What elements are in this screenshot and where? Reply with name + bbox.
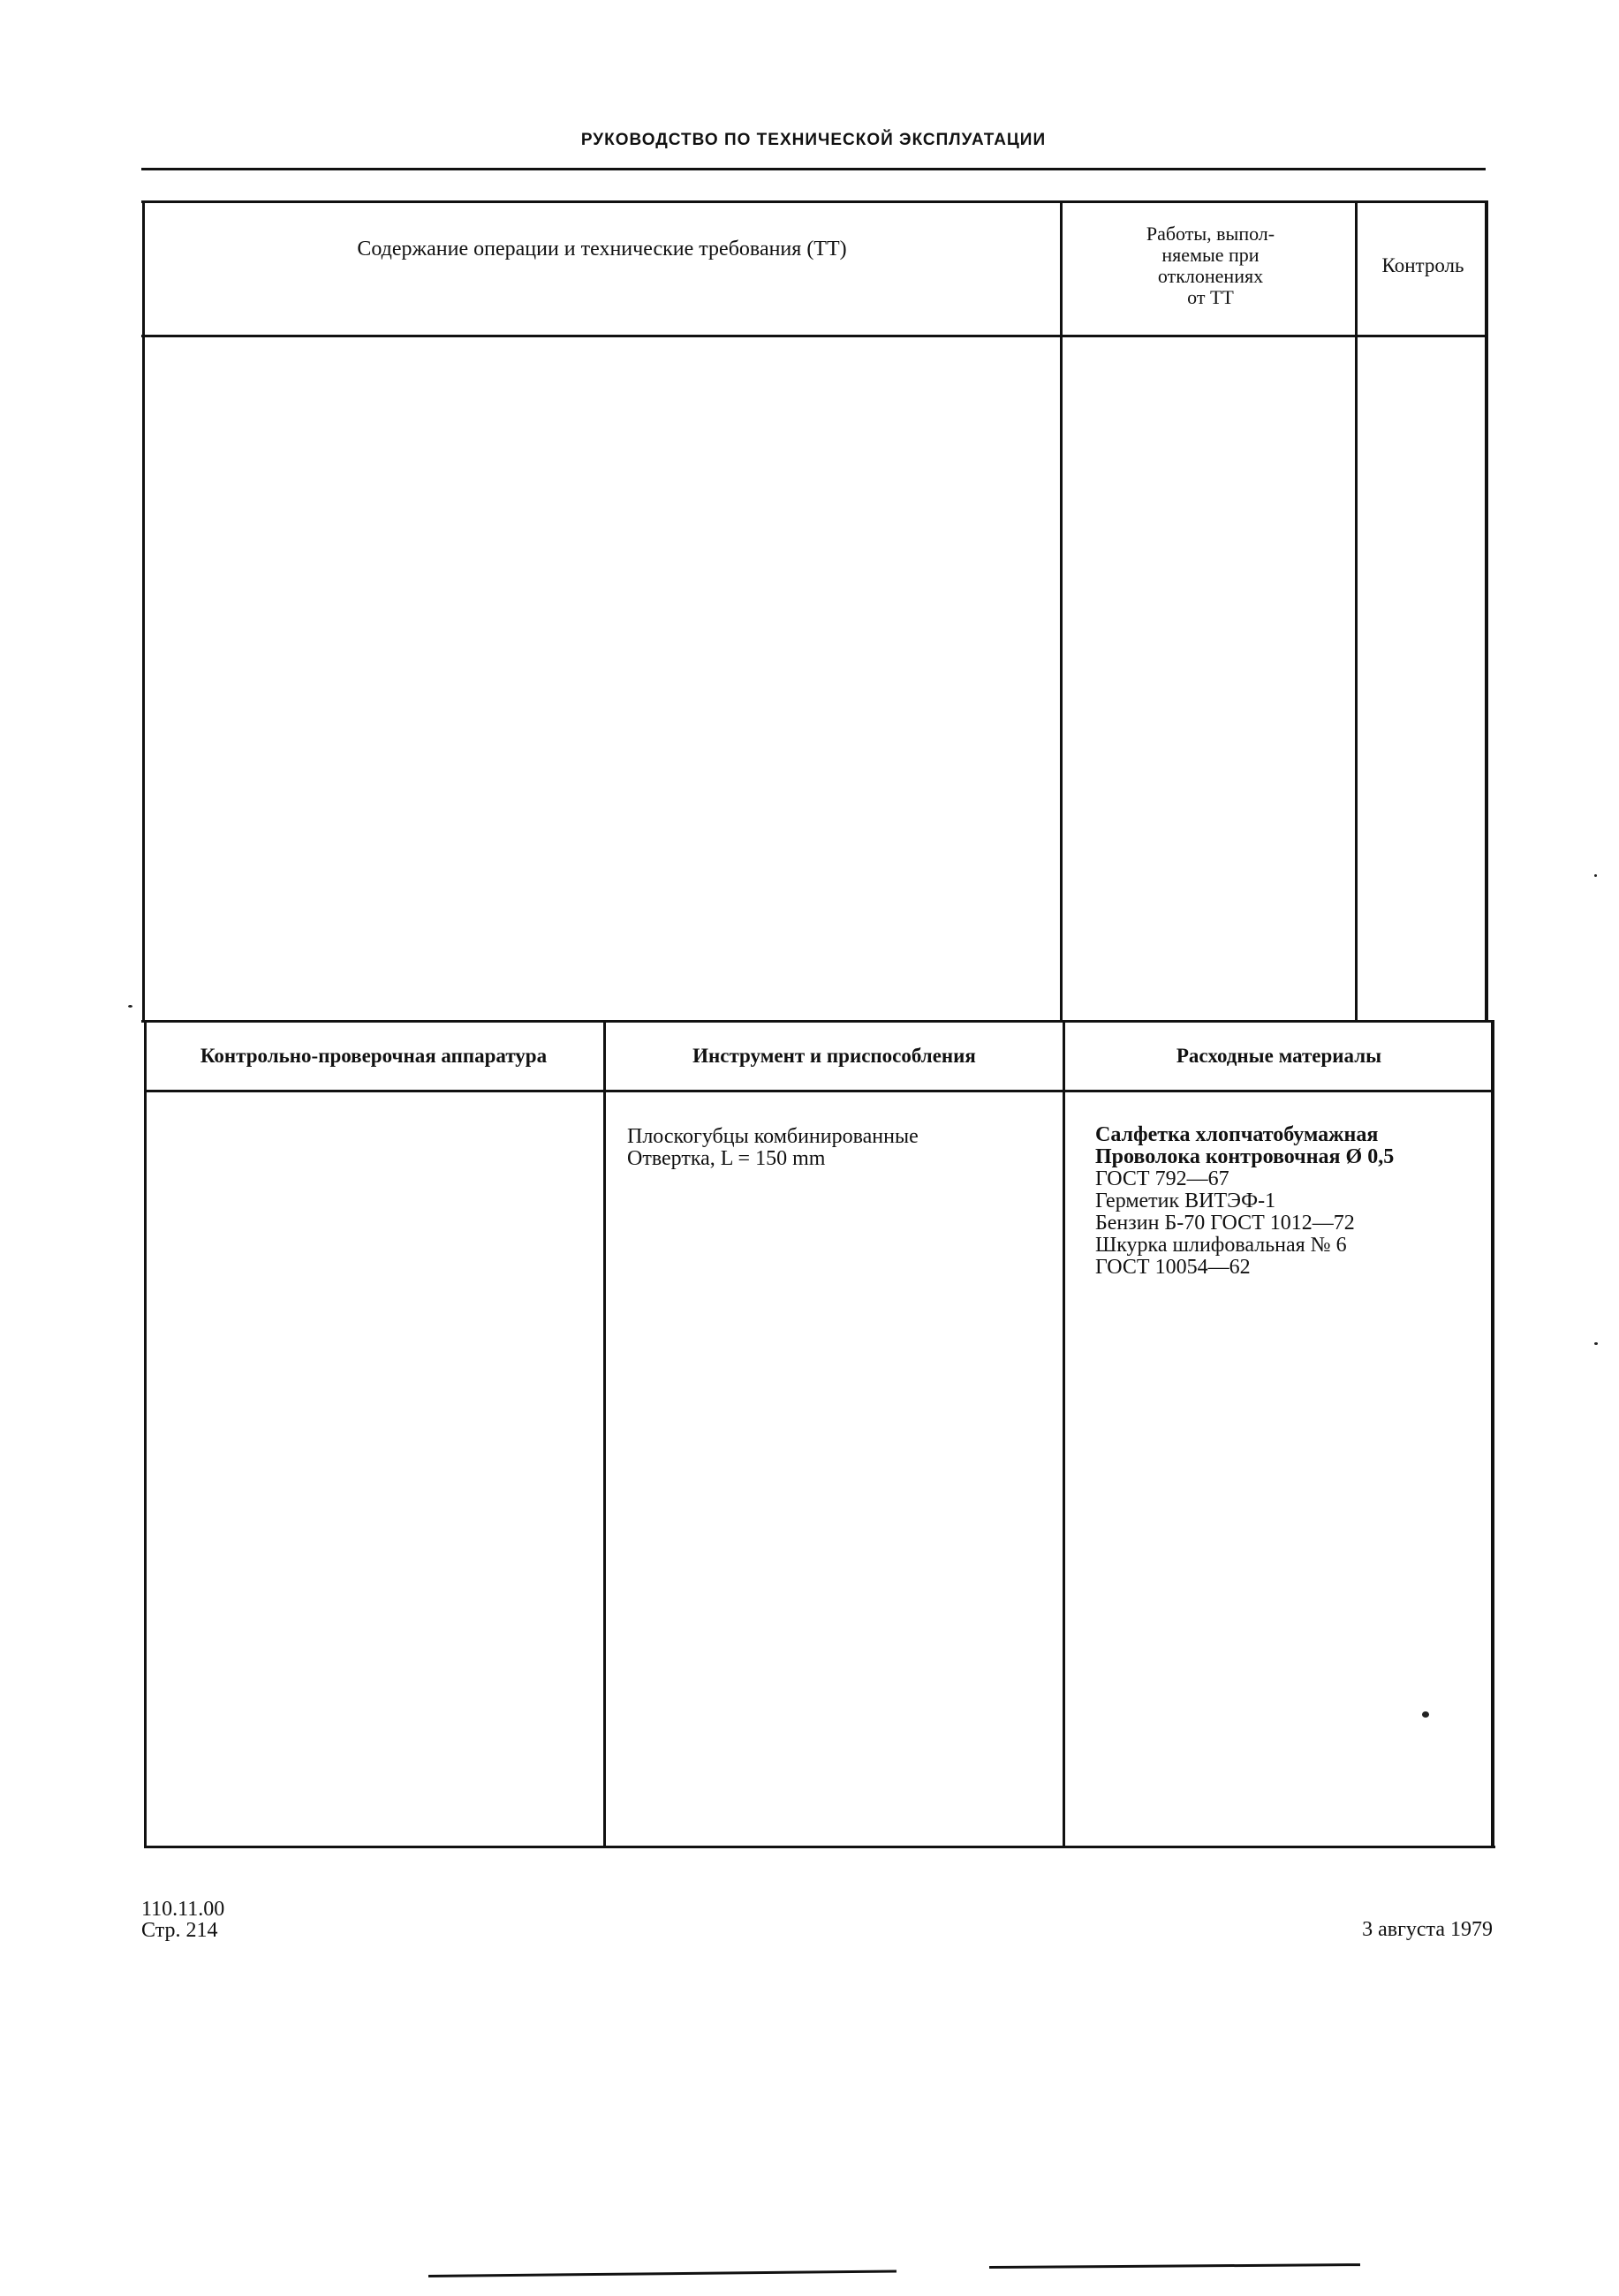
upper-table-bottom-border: [141, 1020, 1493, 1023]
consumable-item: Шкурка шлифовальная № 6: [1095, 1235, 1394, 1257]
header-tools: Инструмент и приспособления: [606, 1045, 1063, 1067]
header-consumables: Расходные материалы: [1065, 1045, 1493, 1067]
tool-item: Плоскогубцы комбинированные: [627, 1126, 919, 1148]
lower-table-col-divider-1: [603, 1020, 606, 1848]
footer-date: 3 августа 1979: [1362, 1918, 1493, 1942]
lower-table-right-border: [1491, 1020, 1494, 1848]
tool-item: Отвертка, L = 150 mm: [627, 1148, 919, 1170]
header-work-line-4: от ТТ: [1063, 287, 1358, 308]
lower-table-col-divider-2: [1063, 1020, 1065, 1848]
consumable-item: ГОСТ 10054—62: [1095, 1257, 1394, 1279]
header-work-line-2: няемые при: [1063, 245, 1358, 266]
header-rule: [141, 168, 1486, 170]
lower-table-bottom-border: [144, 1846, 1495, 1848]
scan-speck: [1594, 1342, 1598, 1345]
upper-table-top-border: [141, 200, 1488, 203]
footer-doc-code: 110.11.00: [141, 1899, 224, 1920]
scan-edge-line: [428, 2270, 897, 2277]
upper-table-header-divider: [141, 335, 1488, 337]
lower-table-header-divider: [144, 1090, 1493, 1092]
consumable-item: Салфетка хлопчатобумажная: [1095, 1124, 1394, 1146]
upper-table-left-border: [142, 200, 145, 1023]
scan-speck: [128, 1005, 132, 1008]
consumable-item: Бензин Б-70 ГОСТ 1012—72: [1095, 1212, 1394, 1235]
footer-doc-info: 110.11.00 Стр. 214: [141, 1899, 224, 1941]
consumables-list: Салфетка хлопчатобумажная Проволока конт…: [1095, 1124, 1394, 1279]
header-work-line-3: отклонениях: [1063, 266, 1358, 287]
consumable-item: Проволока контровочная Ø 0,5: [1095, 1146, 1394, 1168]
scan-speck: [1594, 874, 1597, 877]
upper-table-col-divider-2: [1355, 200, 1358, 1023]
footer-page-number: Стр. 214: [141, 1920, 224, 1941]
consumable-item: ГОСТ 792—67: [1095, 1168, 1394, 1190]
header-control: Контроль: [1358, 254, 1487, 276]
upper-table-right-border: [1485, 200, 1488, 1023]
upper-table-col-divider-1: [1060, 200, 1063, 1023]
header-work-on-deviation: Работы, выпол- няемые при отклонениях от…: [1063, 223, 1358, 308]
tools-list: Плоскогубцы комбинированные Отвертка, L …: [627, 1126, 919, 1170]
consumable-item: Герметик ВИТЭФ-1: [1095, 1190, 1394, 1212]
scan-edge-line: [989, 2263, 1360, 2269]
header-operation-content: Содержание операции и технические требов…: [144, 238, 1060, 261]
lower-table-left-border: [144, 1020, 147, 1848]
header-test-equipment: Контрольно-проверочная аппаратура: [144, 1045, 603, 1067]
header-work-line-1: Работы, выпол-: [1063, 223, 1358, 245]
scan-speck: [1422, 1711, 1429, 1718]
running-head: РУКОВОДСТВО ПО ТЕХНИЧЕСКОЙ ЭКСПЛУАТАЦИИ: [141, 131, 1486, 150]
